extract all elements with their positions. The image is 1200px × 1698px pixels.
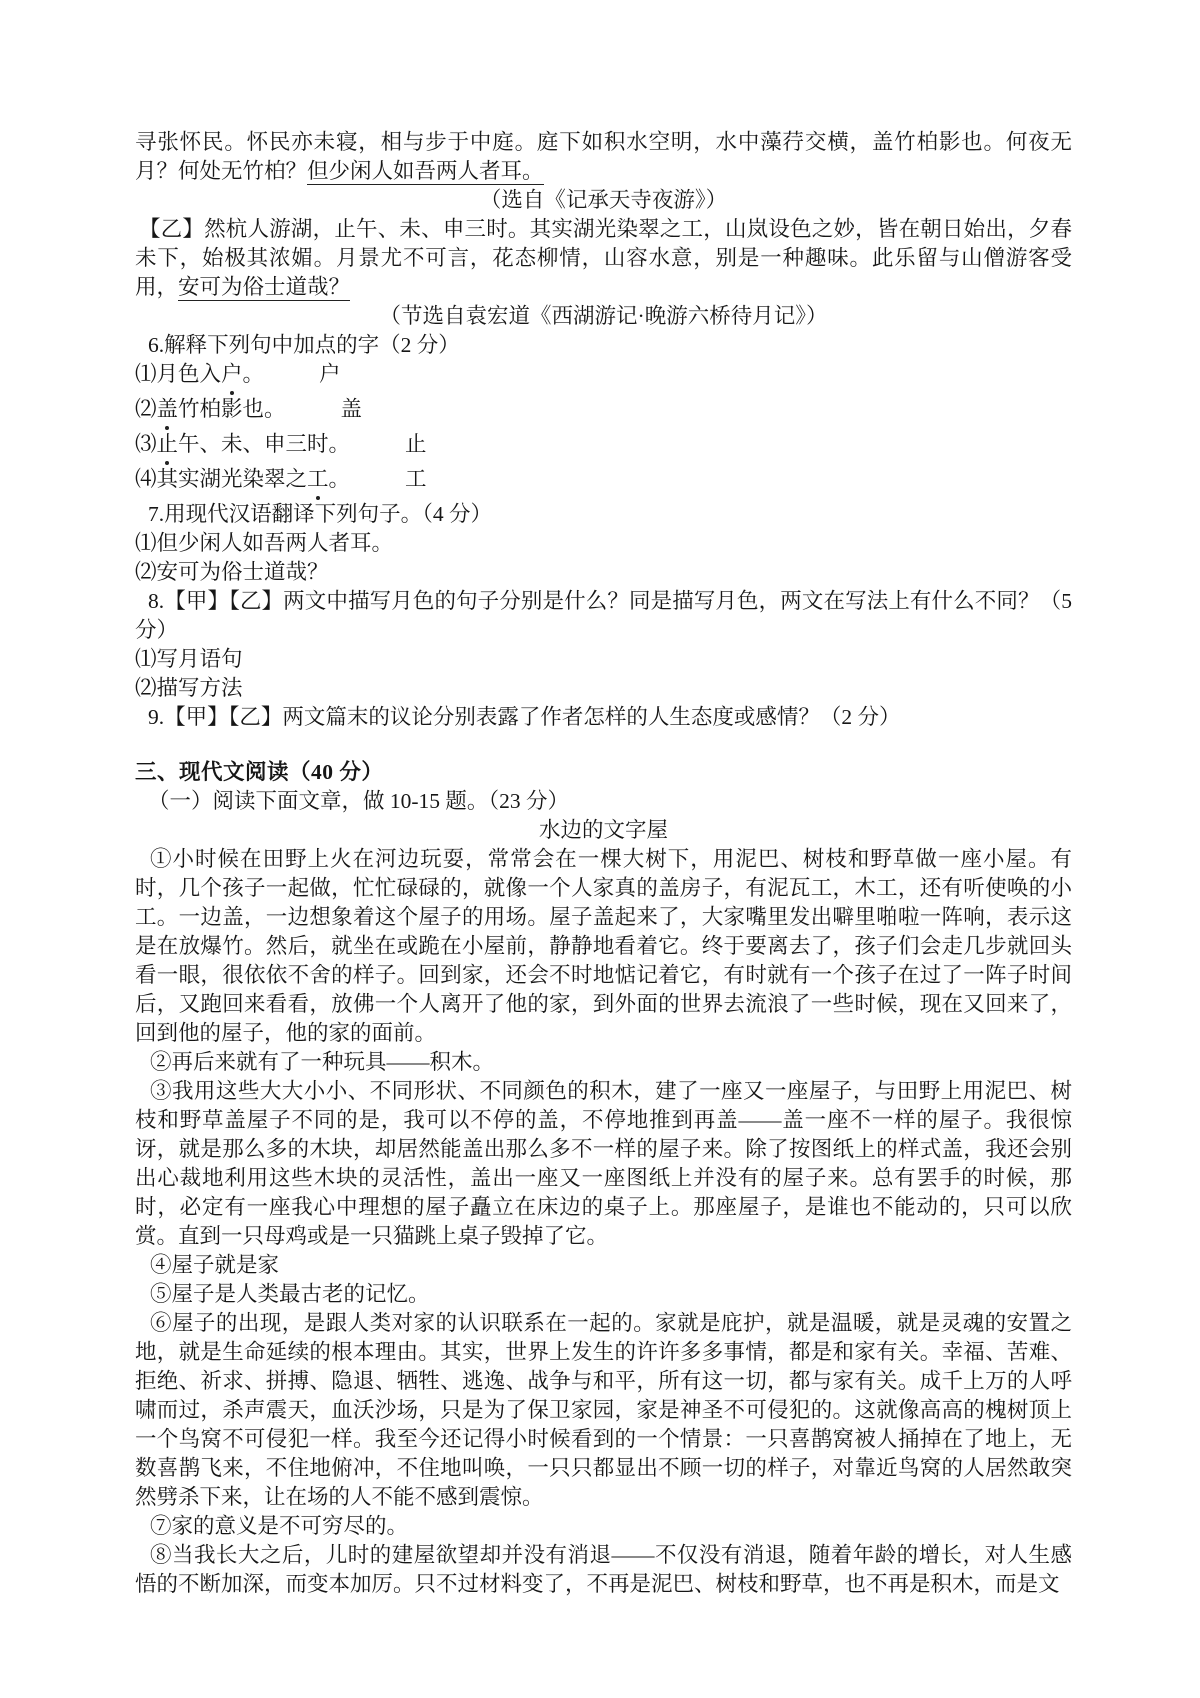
question-6-item-3: ⑶止午、未、申三时。止 — [135, 430, 1072, 459]
section-3-intro: （一）阅读下面文章，做 10-15 题。（23 分） — [135, 787, 1072, 816]
q6-item2-dotted-char: 盖 — [157, 395, 179, 424]
essay-paragraph-4: ④屋子就是家 — [135, 1251, 1072, 1280]
question-7-item-2: ⑵安可为俗士道哉？ — [135, 558, 1072, 587]
exam-page: 寻张怀民。怀民亦未寝，相与步于中庭。庭下如积水空明，水中藻荇交横，盖竹柏影也。何… — [0, 0, 1200, 1698]
question-8: 8.【甲】【乙】两文中描写月色的句子分别是什么？同是描写月色，两文在写法上有什么… — [135, 587, 1072, 703]
essay-paragraph-3: ③我用这些大大小小、不同形状、不同颜色的积木，建了一座又一座屋子，与田野上用泥巴… — [135, 1077, 1072, 1251]
q6-item3-pre: ⑶ — [135, 432, 157, 456]
question-6-item-2: ⑵盖竹柏影也。盖 — [135, 395, 1072, 424]
essay-paragraph-5: ⑤屋子是人类最古老的记忆。 — [135, 1280, 1072, 1309]
question-8-stem: 8.【甲】【乙】两文中描写月色的句子分别是什么？同是描写月色，两文在写法上有什么… — [135, 587, 1072, 645]
q6-item2-answer-char: 盖 — [341, 397, 363, 421]
q6-item1-answer-char: 户 — [319, 362, 341, 386]
q6-item4-post: 。 — [329, 467, 351, 491]
question-6: 6.解释下列句中加点的字（2 分） ⑴月色入户。户 ⑵盖竹柏影也。盖 ⑶止午、未… — [135, 331, 1072, 494]
q6-item3-dotted-char: 止 — [157, 430, 179, 459]
q6-item3-answer-char: 止 — [405, 432, 427, 456]
question-8-item-1: ⑴写月语句 — [135, 645, 1072, 674]
essay-paragraph-1: ①小时候在田野上火在河边玩耍，常常会在一棵大树下，用泥巴、树枝和野草做一座小屋。… — [135, 845, 1072, 1048]
question-7-stem: 7.用现代汉语翻译下列句子。（4 分） — [135, 500, 1072, 529]
question-6-stem: 6.解释下列句中加点的字（2 分） — [135, 331, 1072, 360]
q6-item1-post: 。 — [243, 362, 265, 386]
passage-yi: 【乙】然杭人游湖，止午、未、申三时。其实湖光染翠之工，山岚设色之妙，皆在朝日始出… — [135, 215, 1072, 302]
citation-jia: （选自《记承天寺夜游》） — [135, 186, 1072, 215]
question-9-stem: 9.【甲】【乙】两文篇末的议论分别表露了作者怎样的人生态度或感情？（2 分） — [135, 703, 1072, 732]
essay-paragraph-8: ⑧当我长大之后，儿时的建屋欲望却并没有消退——不仅没有消退，随着年龄的增长，对人… — [135, 1541, 1072, 1599]
passage-jia-text: 寻张怀民。怀民亦未寝，相与步于中庭。庭下如积水空明，水中藻荇交横，盖竹柏影也。何… — [135, 130, 1072, 183]
q6-item2-post: 竹柏影也。 — [178, 397, 286, 421]
essay-paragraph-2: ②再后来就有了一种玩具——积木。 — [135, 1048, 1072, 1077]
q6-item2-pre: ⑵ — [135, 397, 157, 421]
essay-paragraph-6: ⑥屋子的出现，是跟人类对家的认识联系在一起的。家就是庇护，就是温暖，就是灵魂的安… — [135, 1309, 1072, 1512]
essay-paragraph-7: ⑦家的意义是不可穷尽的。 — [135, 1512, 1072, 1541]
section-3-heading: 三、现代文阅读（40 分） — [135, 758, 1072, 787]
q6-item4-pre: ⑷其实湖光染翠之 — [135, 467, 307, 491]
question-6-item-4: ⑷其实湖光染翠之工。工 — [135, 465, 1072, 494]
passage-jia-continuation: 寻张怀民。怀民亦未寝，相与步于中庭。庭下如积水空明，水中藻荇交横，盖竹柏影也。何… — [135, 128, 1072, 186]
passage-yi-underlined-sentence: 安可为俗士道哉？ — [178, 275, 350, 301]
question-6-item-1: ⑴月色入户。户 — [135, 360, 1072, 389]
passage-jia-underlined-sentence: 但少闲人如吾两人者耳。 — [307, 159, 544, 185]
question-7-item-1: ⑴但少闲人如吾两人者耳。 — [135, 529, 1072, 558]
q6-item3-post: 午、未、申三时。 — [178, 432, 350, 456]
q6-item4-dotted-char: 工 — [307, 465, 329, 494]
q6-item1-pre: ⑴月色入 — [135, 362, 221, 386]
essay-title: 水边的文字屋 — [135, 816, 1072, 845]
citation-yi: （节选自袁宏道《西湖游记·晚游六桥待月记》） — [135, 302, 1072, 331]
question-7: 7.用现代汉语翻译下列句子。（4 分） ⑴但少闲人如吾两人者耳。 ⑵安可为俗士道… — [135, 500, 1072, 587]
question-8-item-2: ⑵描写方法 — [135, 674, 1072, 703]
q6-item4-answer-char: 工 — [405, 467, 427, 491]
q6-item1-dotted-char: 户 — [221, 360, 243, 389]
